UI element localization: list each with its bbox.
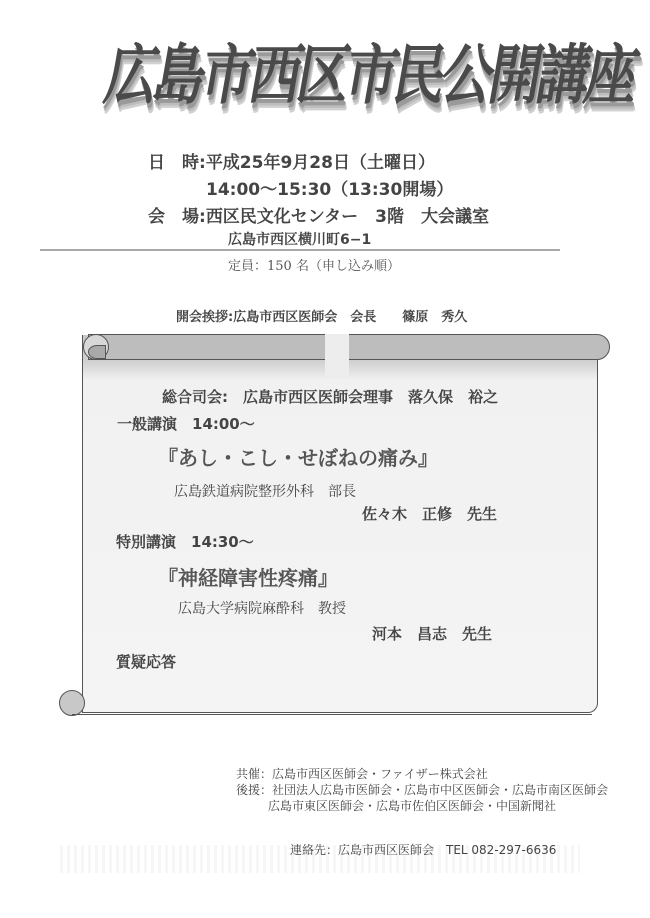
time-value: 14:00～15:30（13:30開場） (206, 175, 453, 200)
qa-session: 質疑応答 (116, 651, 176, 672)
cosponsor: 共催：広島市西区医師会・ファイザー株式会社 (236, 765, 488, 782)
venue-value: 西区民文化センター 3階 大会議室 (206, 207, 489, 227)
talk-2-topic: 『神経障害性疼痛』 (158, 562, 338, 591)
support-line-2: 広島市東区医師会・広島市佐伯区医師会・中国新聞社 (268, 797, 556, 814)
opening-remarks: 開会挨拶:広島市西区医師会 会長 篠原 秀久 (176, 306, 467, 325)
capacity: 定員：150 名（申し込み順） (228, 255, 400, 274)
scroll-curl-top-inner-icon (88, 345, 106, 359)
talk-1-heading: 一般講演 14:00～ (117, 413, 255, 434)
venue-address: 広島市西区横川町6−1 (228, 229, 371, 249)
scroll-curl-bottom-icon (59, 690, 85, 716)
date-value: 平成25年9月28日（土曜日） (206, 153, 435, 173)
talk-2-heading: 特別講演 14:30～ (116, 531, 254, 552)
support-line-1: 後援：社団法人広島市医師会・広島市中区医師会・広島市南区医師会 (236, 781, 608, 798)
date-label: 日 時: (148, 153, 206, 173)
scroll-gap (325, 334, 349, 378)
divider (40, 249, 560, 251)
contact: 連絡先：広島市西区医師会 TEL 082-297-6636 (290, 841, 556, 858)
talk-1-topic: 『あし・こし・せぼねの痛み』 (158, 442, 438, 471)
venue-row: 会 場:西区民文化センター 3階 大会議室 (148, 202, 489, 227)
master-of-ceremonies: 総合司会: 広島市西区医師会理事 落久保 裕之 (162, 386, 498, 407)
date-row: 日 時:平成25年9月28日（土曜日） (148, 148, 435, 173)
scroll-bottom-edge (72, 714, 592, 715)
talk-1-speaker: 佐々木 正修 先生 (362, 503, 497, 524)
scroll-top-roll (88, 334, 610, 360)
talk-1-affiliation: 広島鉄道病院整形外科 部長 (174, 481, 356, 501)
talk-2-speaker: 河本 昌志 先生 (372, 623, 492, 644)
page-title: 広島市西区市民公開講座 (97, 26, 565, 126)
talk-2-affiliation: 広島大学病院麻酔科 教授 (178, 598, 346, 618)
venue-label: 会 場: (148, 207, 206, 227)
